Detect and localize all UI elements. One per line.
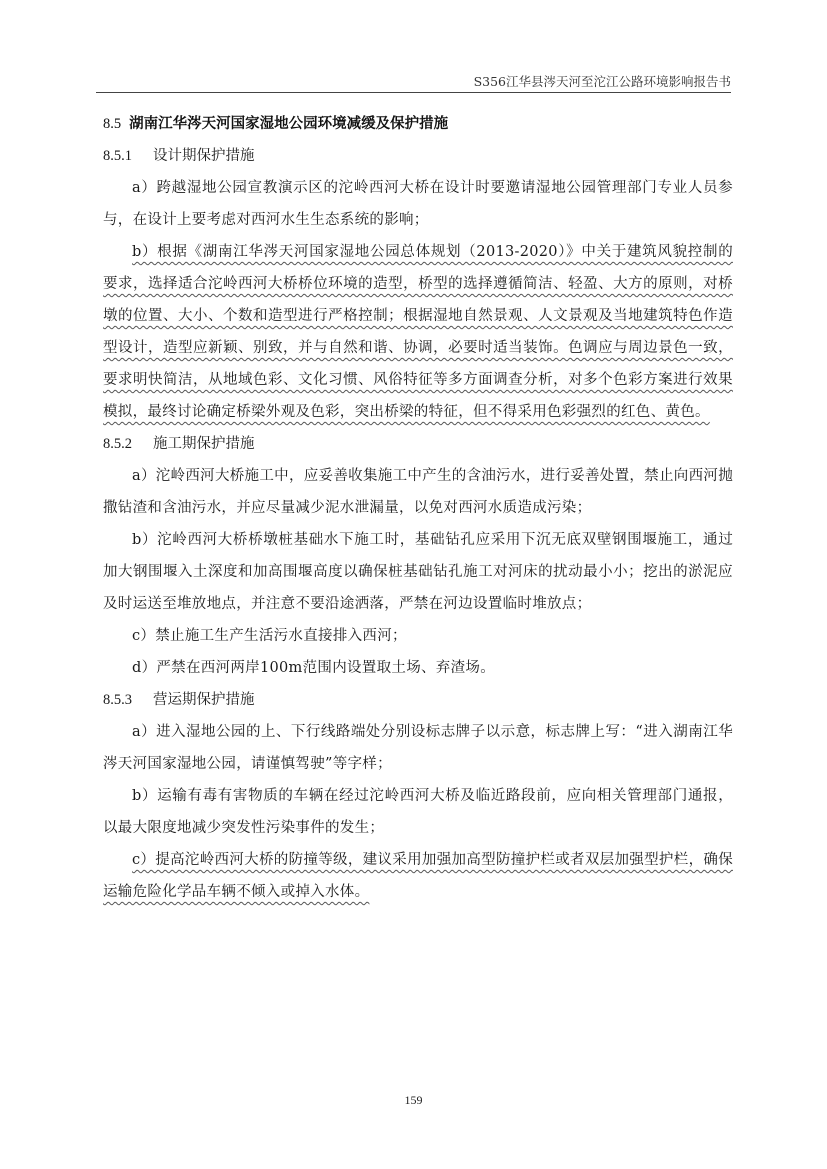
running-header: S356江华县涔天河至沱江公路环境影响报告书 <box>96 72 731 90</box>
paragraph: d）严禁在西河两岸100m范围内设置取土场、弃渣场。 <box>103 652 733 684</box>
paragraph: a）进入湿地公园的上、下行线路端处分别设标志牌子以示意，标志牌上写：“进入湖南江… <box>103 716 733 780</box>
subsection-title: 施工期保护措施 <box>153 436 255 452</box>
subsection-heading-operation: 8.5.3营运期保护措施 <box>103 684 733 716</box>
paragraph-underlined: c）提高沱岭西河大桥的防撞等级，建议采用加强加高型防撞护栏或者双层加强型护栏，确… <box>103 844 733 908</box>
page-body: 8.5湖南江华涔天河国家湿地公园环境减缓及保护措施 8.5.1设计期保护措施 a… <box>103 108 733 908</box>
subsection-heading-design: 8.5.1设计期保护措施 <box>103 140 733 172</box>
paragraph: b）沱岭西河大桥桥墩桩基础水下施工时，基础钻孔应采用下沉无底双壁钢围堰施工，通过… <box>103 524 733 620</box>
paragraph-underlined: b）根据《湖南江华涔天河国家湿地公园总体规划（2013-2020）》中关于建筑风… <box>103 236 733 428</box>
subsection-number: 8.5.1 <box>103 140 153 172</box>
header-rule <box>96 92 731 93</box>
section-title: 湖南江华涔天河国家湿地公园环境减缓及保护措施 <box>129 116 448 132</box>
paragraph: b）运输有毒有害物质的车辆在经过沱岭西河大桥及临近路段前，应向相关管理部门通报，… <box>103 780 733 844</box>
paragraph: a）跨越湿地公园宣教演示区的沱岭西河大桥在设计时要邀请湿地公园管理部门专业人员参… <box>103 172 733 236</box>
page-number: 159 <box>0 1093 827 1108</box>
paragraph: a）沱岭西河大桥施工中，应妥善收集施工中产生的含油污水，进行妥善处置，禁止向西河… <box>103 460 733 524</box>
subsection-number: 8.5.3 <box>103 684 153 716</box>
subsection-title: 设计期保护措施 <box>153 148 255 164</box>
section-heading: 8.5湖南江华涔天河国家湿地公园环境减缓及保护措施 <box>103 108 733 140</box>
subsection-heading-construction: 8.5.2施工期保护措施 <box>103 428 733 460</box>
section-number: 8.5 <box>103 116 121 132</box>
paragraph: c）禁止施工生产生活污水直接排入西河； <box>103 620 733 652</box>
subsection-number: 8.5.2 <box>103 428 153 460</box>
subsection-title: 营运期保护措施 <box>153 692 255 708</box>
